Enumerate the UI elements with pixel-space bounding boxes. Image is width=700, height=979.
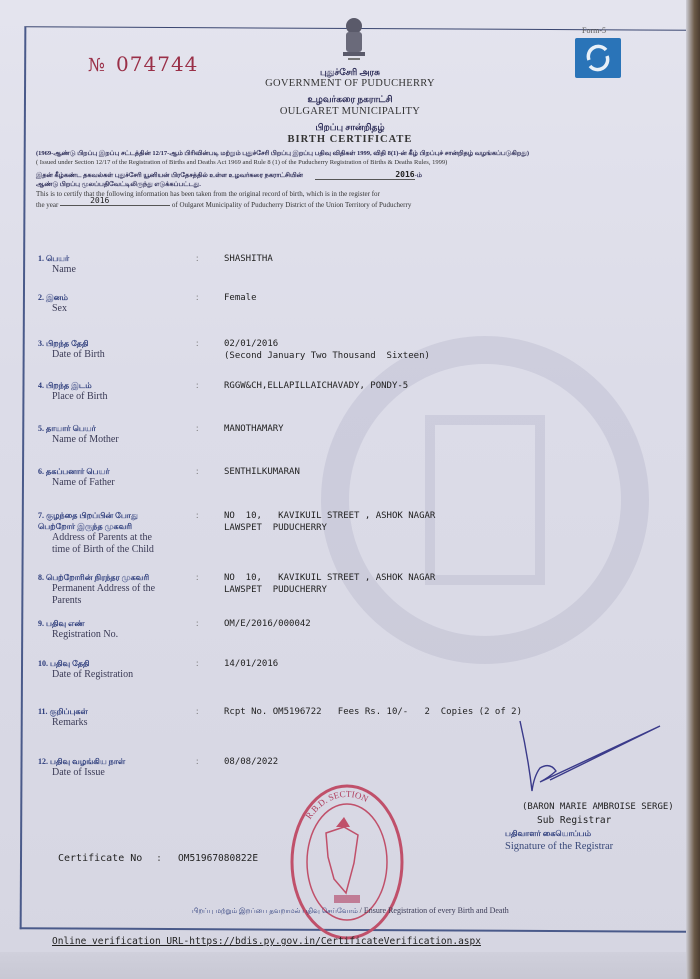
field-value: 08/08/2022 <box>224 756 278 768</box>
field-label-tamil: 12. பதிவு வழங்கிய நாள் <box>38 756 125 767</box>
field-value: Female <box>224 292 257 304</box>
certificate-number-value: OM51967080822E <box>178 853 258 864</box>
field-colon: : <box>196 380 199 390</box>
footer-slogan: பிறப்பு மற்றும் இறப்பை தவறாமல் பதிவு செய… <box>192 906 509 916</box>
field-label-tamil: 8. பெற்றோரின் நிரந்தர முகவரி <box>38 572 149 583</box>
field-label-tamil: 9. பதிவு எண் <box>38 618 85 629</box>
intro-line-english: ( Issued under Section 12/17 of the Regi… <box>36 158 656 167</box>
field-value: SENTHILKUMARAN <box>224 466 300 478</box>
field-label: Place of Birth <box>52 391 108 403</box>
intro-line-tamil: (1969-ஆண்டு பிறப்பு இறப்பு சட்டத்தின் 12… <box>36 149 656 158</box>
field-label-tamil: 11. குறிப்புகள் <box>38 706 88 717</box>
gov-title: GOVERNMENT OF PUDUCHERRY <box>0 78 700 89</box>
field-colon: : <box>196 706 199 716</box>
registrar-signature <box>510 716 670 796</box>
field-label-tamil: 3. பிறந்த தேதி <box>38 338 89 349</box>
field-label: Registration No. <box>52 629 118 641</box>
field-value: NO 10, KAVIKUIL STREET , ASHOK NAGAR LAW… <box>224 572 435 596</box>
field-label-tamil: 1. பெயர் <box>38 253 69 264</box>
registrar-signature-label-tamil: பதிவாளர் கையொப்பம் <box>505 829 591 839</box>
intro-certify-tamil: இதன் கீழ்கண்ட தகவல்கள் புதுச்சேரி யூனியன… <box>36 170 656 180</box>
field-colon: : <box>196 292 199 302</box>
registrar-title: Sub Registrar <box>537 815 611 826</box>
field-colon: : <box>196 572 199 582</box>
field-label: Permanent Address of the Parents <box>52 583 155 607</box>
field-colon: : <box>196 618 199 628</box>
field-colon: : <box>196 253 199 263</box>
national-emblem-icon <box>336 16 372 62</box>
certificate-title-tamil: பிறப்பு சான்றிதழ் <box>0 122 700 134</box>
field-label: Date of Registration <box>52 669 133 681</box>
intro-year-line: the year 2016 of Oulgaret Municipality o… <box>36 200 656 210</box>
field-value: SHASHITHA <box>224 253 273 265</box>
field-value: RGGW&CH,ELLAPILLAICHAVADY, PONDY-5 <box>224 380 408 392</box>
field-label: Name of Father <box>52 477 115 489</box>
registrar-signature-label: Signature of the Registrar <box>505 841 613 852</box>
field-label: Date of Issue <box>52 767 105 779</box>
municipality-title: OULGARET MUNICIPALITY <box>0 106 700 117</box>
field-label: Date of Birth <box>52 349 105 361</box>
intro-certify-tamil-2: ஆண்டு பிறப்பு மூலப்பதிவேட்டிலிருந்து எடு… <box>36 180 656 189</box>
field-label-tamil: 5. தாயார் பெயர் <box>38 423 96 434</box>
field-value: 02/01/2016 (Second January Two Thousand … <box>224 338 430 362</box>
field-value: 14/01/2016 <box>224 658 278 670</box>
field-label-tamil: 6. தகப்பனார் பெயர் <box>38 466 110 477</box>
field-label-tamil: 2. இனம் <box>38 292 68 303</box>
table-surface-edge <box>686 0 700 979</box>
municipality-title-tamil: உழவர்கரை நகராட்சி <box>0 94 700 106</box>
registrar-name: (BARON MARIE AMBROISE SERGE) <box>522 802 674 812</box>
field-label: Sex <box>52 303 67 315</box>
field-colon: : <box>196 466 199 476</box>
verification-url[interactable]: Online verification URL-https://bdis.py.… <box>52 936 481 947</box>
field-label-tamil: 10. பதிவு தேதி <box>38 658 90 669</box>
field-value: OM/E/2016/000042 <box>224 618 311 630</box>
field-colon: : <box>196 423 199 433</box>
form-label: Form-5 <box>582 26 606 35</box>
field-colon: : <box>196 338 199 348</box>
field-colon: : <box>196 510 199 520</box>
certificate-title: BIRTH CERTIFICATE <box>0 134 700 145</box>
svg-text:R.B.D. SECTION: R.B.D. SECTION <box>304 789 371 821</box>
field-label: Remarks <box>52 717 88 729</box>
year-field: 2016 <box>60 196 170 206</box>
field-colon: : <box>196 658 199 668</box>
field-value: MANOTHAMARY <box>224 423 284 435</box>
field-label-tamil: 4. பிறந்த இடம் <box>38 380 92 391</box>
certificate-number-label: Certificate No <box>58 853 142 864</box>
field-label-tamil: 7. குழந்தை பிறப்பின் போது பெற்றோர் இருந்… <box>38 510 138 532</box>
field-colon: : <box>196 756 199 766</box>
field-label: Name <box>52 264 76 276</box>
field-value: NO 10, KAVIKUIL STREET , ASHOK NAGAR LAW… <box>224 510 435 534</box>
certificate-number-colon: : <box>156 853 162 864</box>
field-value: Rcpt No. OM5196722 Fees Rs. 10/- 2 Copie… <box>224 706 522 718</box>
paper-bottom-margin <box>0 952 700 979</box>
municipal-seal-stamp: R.B.D. SECTION <box>288 783 406 941</box>
field-label: Name of Mother <box>52 434 119 446</box>
field-label: Address of Parents at the time of Birth … <box>52 532 154 556</box>
birth-certificate-document: №074744 Form-5 புதுச்சேரி அரசு GOVERNMEN… <box>0 0 700 979</box>
year-field-tamil: 2016 <box>315 170 415 180</box>
